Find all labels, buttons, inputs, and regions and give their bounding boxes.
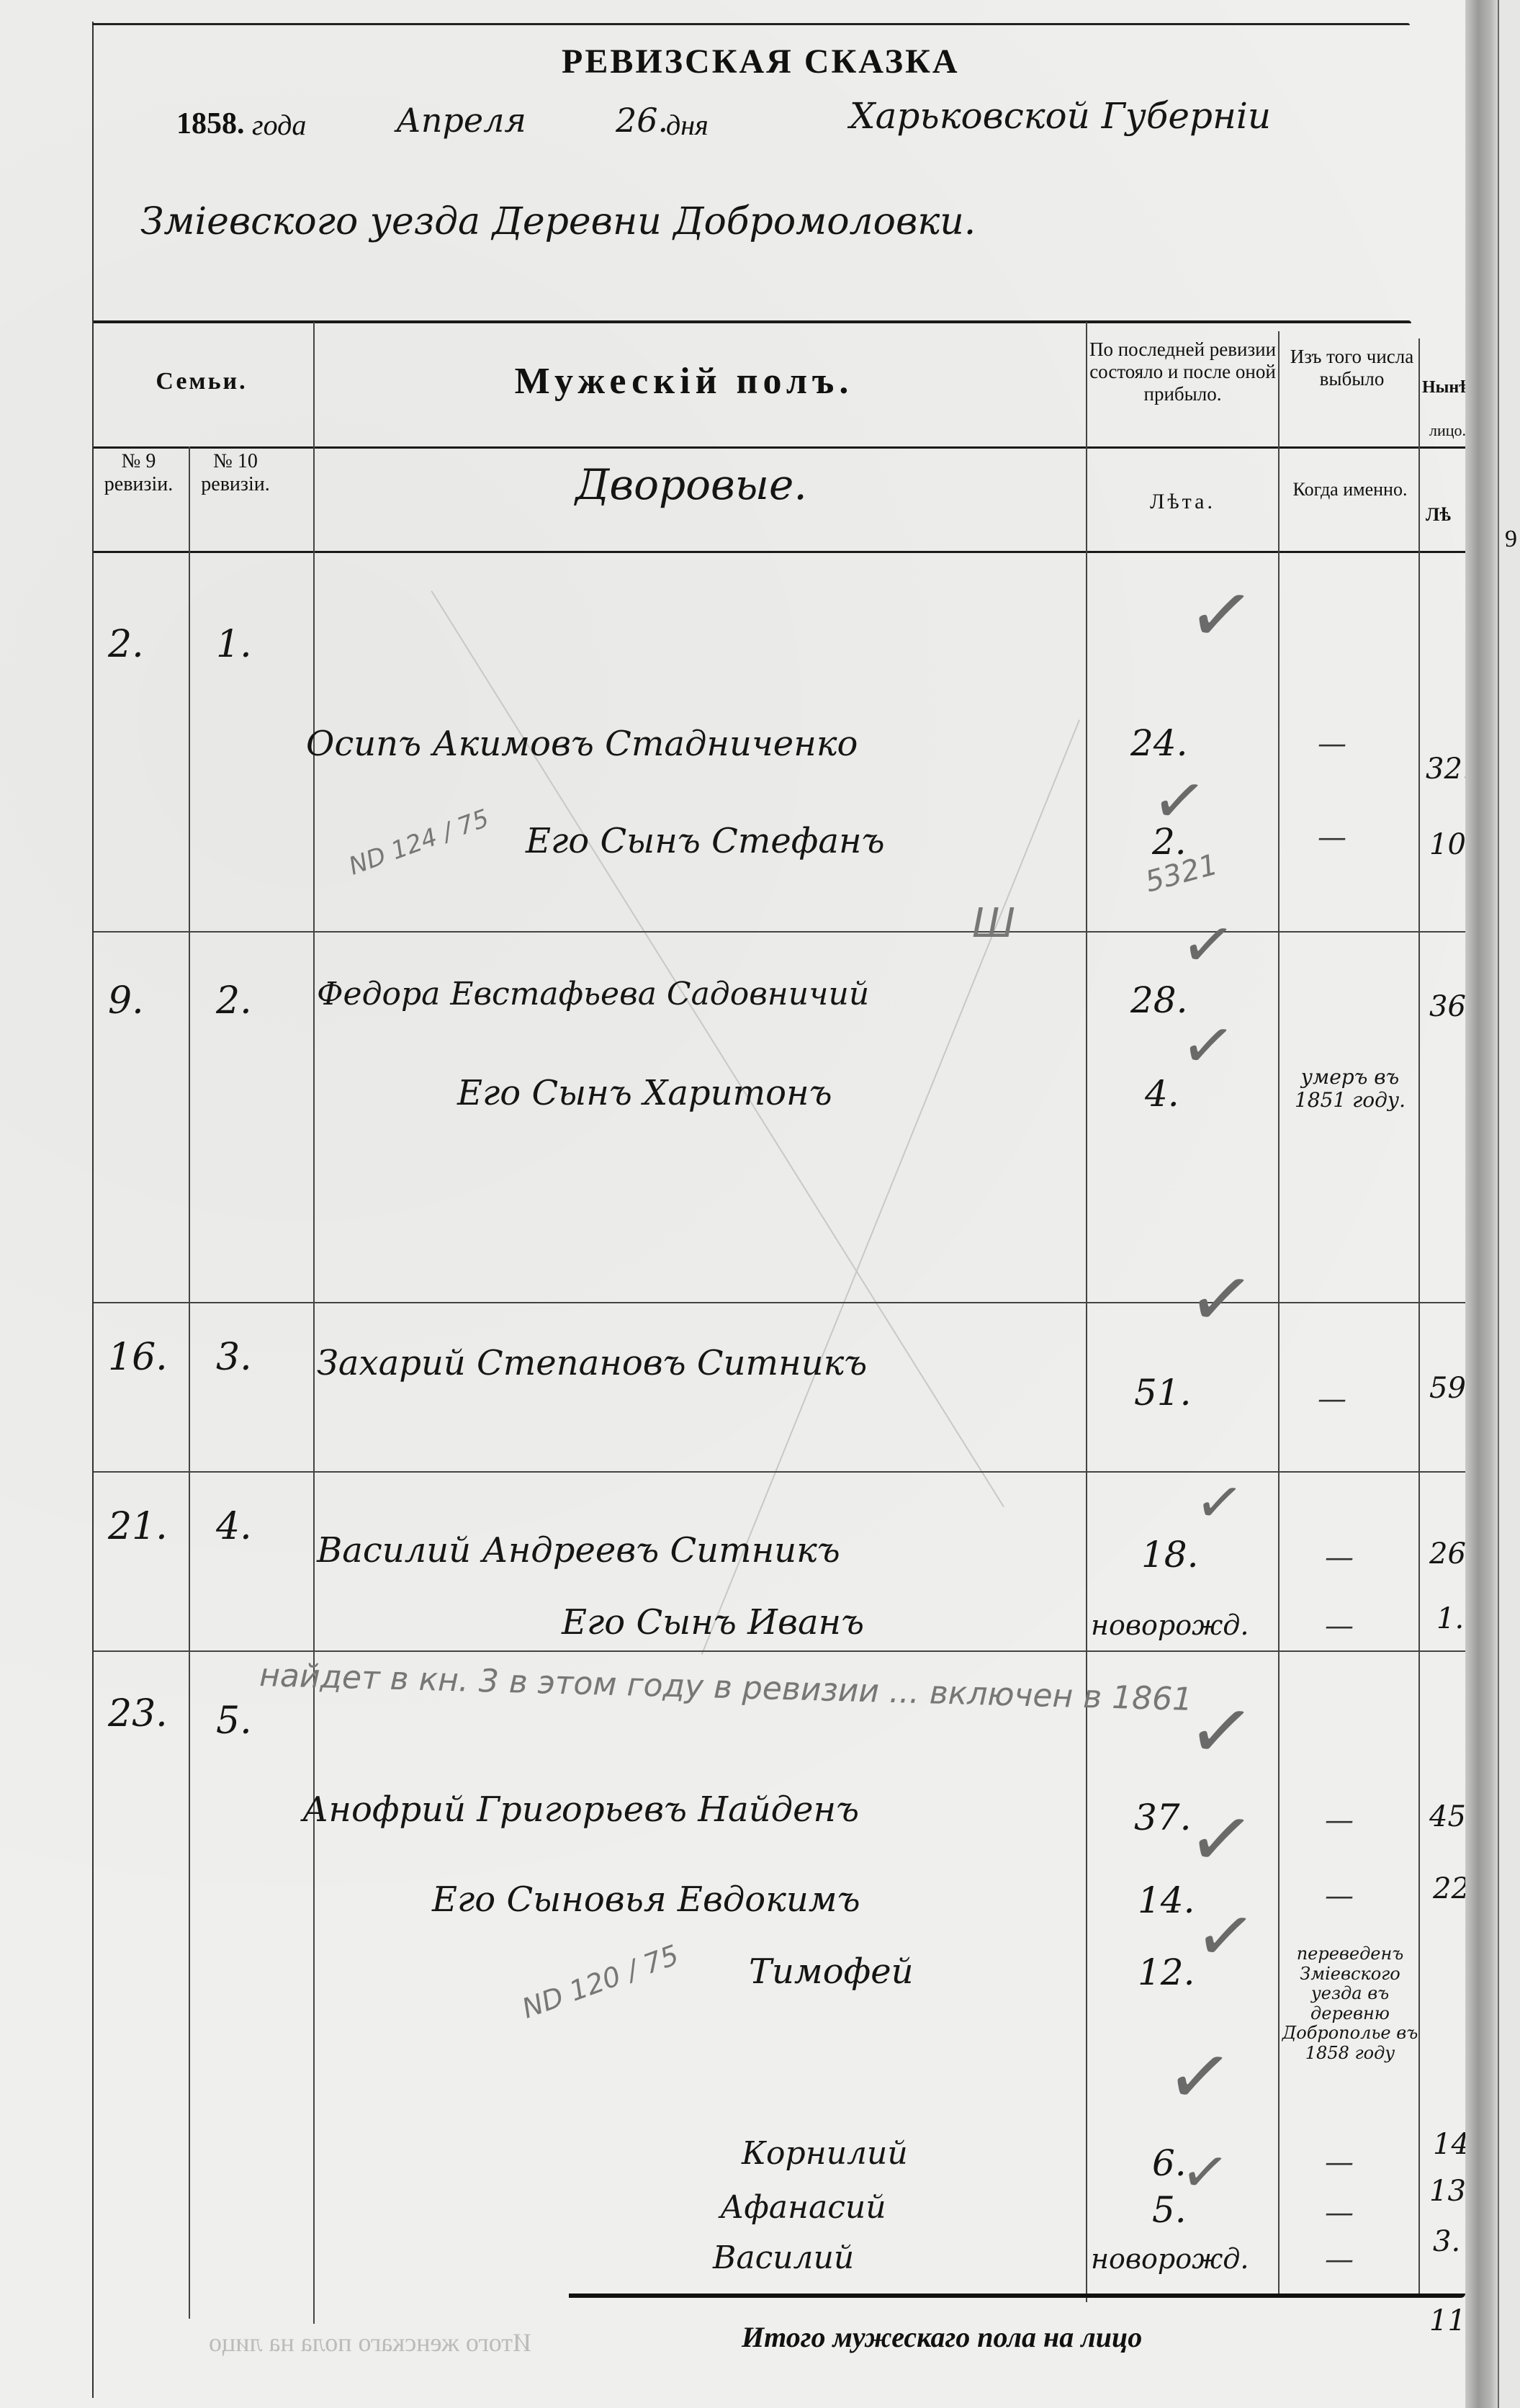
member-now-age: 1.: [1436, 1602, 1464, 1635]
header-when-exactly: Когда именно.: [1282, 479, 1418, 500]
member-age: 28.: [1130, 979, 1188, 1021]
member-age: 18.: [1141, 1534, 1199, 1576]
member-name: Афанасий: [720, 2189, 886, 2226]
member-left: —: [1325, 1879, 1354, 1913]
member-age: 14.: [1138, 1879, 1195, 1921]
family-rev10: 2.: [216, 979, 252, 1023]
document-page: РЕВИЗСКАЯ СКАЗКА 1858. года Апреля 26. д…: [0, 0, 1520, 2408]
member-name: Осипъ Акимовъ Стадниченко: [306, 724, 858, 764]
pencil-archive-ref: ND 120 / 75: [518, 1938, 683, 2024]
document-title: РЕВИЗСКАЯ СКАЗКА: [562, 42, 960, 81]
header-day: 26.: [616, 101, 668, 140]
family-rev9: 23.: [108, 1692, 168, 1735]
checkmark-icon: ✓: [1161, 2026, 1239, 2127]
footer-rule: [569, 2294, 1465, 2298]
checkmark-icon: ✓: [1190, 1890, 1261, 1982]
member-left: —: [1325, 1804, 1354, 1837]
total-label-rest: мужескаго пола на лицо: [832, 2321, 1142, 2353]
header-rev10: № 10 ревизіи.: [189, 450, 282, 496]
family-rev9: 9.: [108, 979, 144, 1023]
total-label: Итого мужескаго пола на лицо: [742, 2320, 1142, 2354]
member-left: —: [1318, 1383, 1346, 1416]
member-left: —: [1318, 727, 1346, 760]
pencil-archive-ref: ND 124 / 75: [345, 804, 493, 881]
member-now-age: 3.: [1433, 2225, 1460, 2258]
checkmark-icon: ✓: [1182, 1681, 1261, 1782]
member-left: —: [1325, 2243, 1354, 2276]
book-gutter: [1465, 0, 1498, 2408]
family-divider: [94, 1650, 1465, 1652]
member-name: Захарий Степановъ Ситникъ: [317, 1343, 867, 1383]
total-label-bold: Итого: [742, 2321, 825, 2353]
next-page-column-number: 9: [1505, 526, 1517, 553]
member-name: Его Сынъ Стефанъ: [526, 821, 885, 861]
family-divider: [94, 1302, 1465, 1303]
member-name: Анофрий Григорьевъ Найденъ: [302, 1789, 859, 1830]
header-goda-label: года: [252, 108, 306, 142]
member-left: —: [1325, 2196, 1354, 2229]
header-of-which-left: Изъ того числа выбыло: [1285, 346, 1418, 390]
col-divider: [313, 322, 315, 2324]
header-years: Лѣта.: [1087, 490, 1278, 515]
header-last-revision: По последней ревизии состояло и после он…: [1087, 338, 1278, 405]
family-rev9: 2.: [108, 623, 144, 666]
checkmark-icon: ✓: [1182, 1249, 1261, 1349]
header-years-now: Лѣ: [1426, 504, 1465, 526]
member-age: 37.: [1134, 1797, 1192, 1838]
family-rev10: 5.: [216, 1699, 252, 1743]
ghost-footer-bleedthrough: Итого женскаго пола на лицо: [209, 2327, 531, 2358]
member-name: Василий: [713, 2239, 854, 2276]
member-left: —: [1325, 1541, 1354, 1574]
member-left: —: [1318, 821, 1346, 854]
header-bottom-rule: [94, 551, 1465, 553]
header-now-present-sub: лицо.: [1429, 421, 1465, 439]
family-divider: [94, 931, 1465, 933]
member-age: 4.: [1145, 1073, 1179, 1115]
family-rev10: 3.: [216, 1336, 252, 1379]
header-gubernia: Харьковской Губерніи: [850, 95, 1271, 137]
checkmark-icon: ✓: [1191, 1466, 1248, 1539]
family-rev10: 4.: [216, 1505, 252, 1548]
member-left: —: [1325, 1609, 1354, 1643]
checkmark-icon: ✓: [1177, 2136, 1233, 2209]
header-families: Семьи.: [94, 367, 310, 395]
member-name: Тимофей: [749, 1951, 914, 1992]
member-age: новорожд.: [1091, 2243, 1249, 2275]
member-age: 24.: [1130, 722, 1188, 764]
title-top-rule: [92, 23, 1410, 25]
header-year: 1858.: [176, 107, 245, 141]
header-rev9: № 9 ревизіи.: [94, 450, 184, 496]
col-divider: [189, 446, 190, 2319]
table-top-rule: [94, 320, 1411, 323]
header-category: Дворовые.: [504, 461, 878, 509]
col-divider: [1086, 322, 1087, 2302]
member-name: Его Сыновья Евдокимъ: [432, 1879, 860, 1920]
member-name: Его Сынъ Харитонъ: [457, 1073, 832, 1113]
member-left-note: переведенъ Змiевского уезда въ деревню Д…: [1278, 1944, 1422, 2064]
family-rev10: 1.: [216, 623, 252, 666]
checkmark-icon: ✓: [1182, 565, 1261, 665]
checkmark-icon: ✓: [1182, 1789, 1261, 1890]
header-mid-rule: [94, 446, 1465, 449]
family-divider: [94, 1471, 1465, 1473]
member-age: 51.: [1134, 1372, 1192, 1414]
header-dnya-label: дня: [666, 108, 709, 142]
pencil-mark: Ш: [972, 900, 1015, 947]
member-name: Корнилий: [742, 2135, 908, 2172]
family-rev9: 21.: [108, 1505, 168, 1548]
member-age: новорожд.: [1091, 1609, 1249, 1641]
pencil-family-note: найдет в кн. 3 в этом году в ревизии ...…: [259, 1658, 1470, 1725]
member-name: Его Сынъ Иванъ: [562, 1602, 864, 1643]
checkmark-icon: ✓: [1176, 904, 1240, 986]
member-name: Василий Андреевъ Ситникъ: [317, 1530, 840, 1571]
member-left-note: умеръ въ 1851 году.: [1278, 1066, 1422, 1112]
header-month: Апреля: [396, 101, 526, 140]
next-page-edge: [1498, 0, 1520, 2408]
member-name: Федора Евстафьева Садовничий: [317, 976, 869, 1012]
checkmark-icon: ✓: [1176, 1005, 1240, 1087]
header-male: Мужескій полъ.: [403, 360, 965, 403]
checkmark-icon: ✓: [1147, 760, 1211, 842]
member-left: —: [1325, 2146, 1354, 2179]
member-age: 12.: [1138, 1951, 1195, 1993]
family-rev9: 16.: [108, 1336, 168, 1379]
header-uezd-village: Змiевского уезда Деревни Добромоловки.: [140, 200, 976, 243]
header-now-present: Нынѣ н: [1422, 378, 1465, 398]
